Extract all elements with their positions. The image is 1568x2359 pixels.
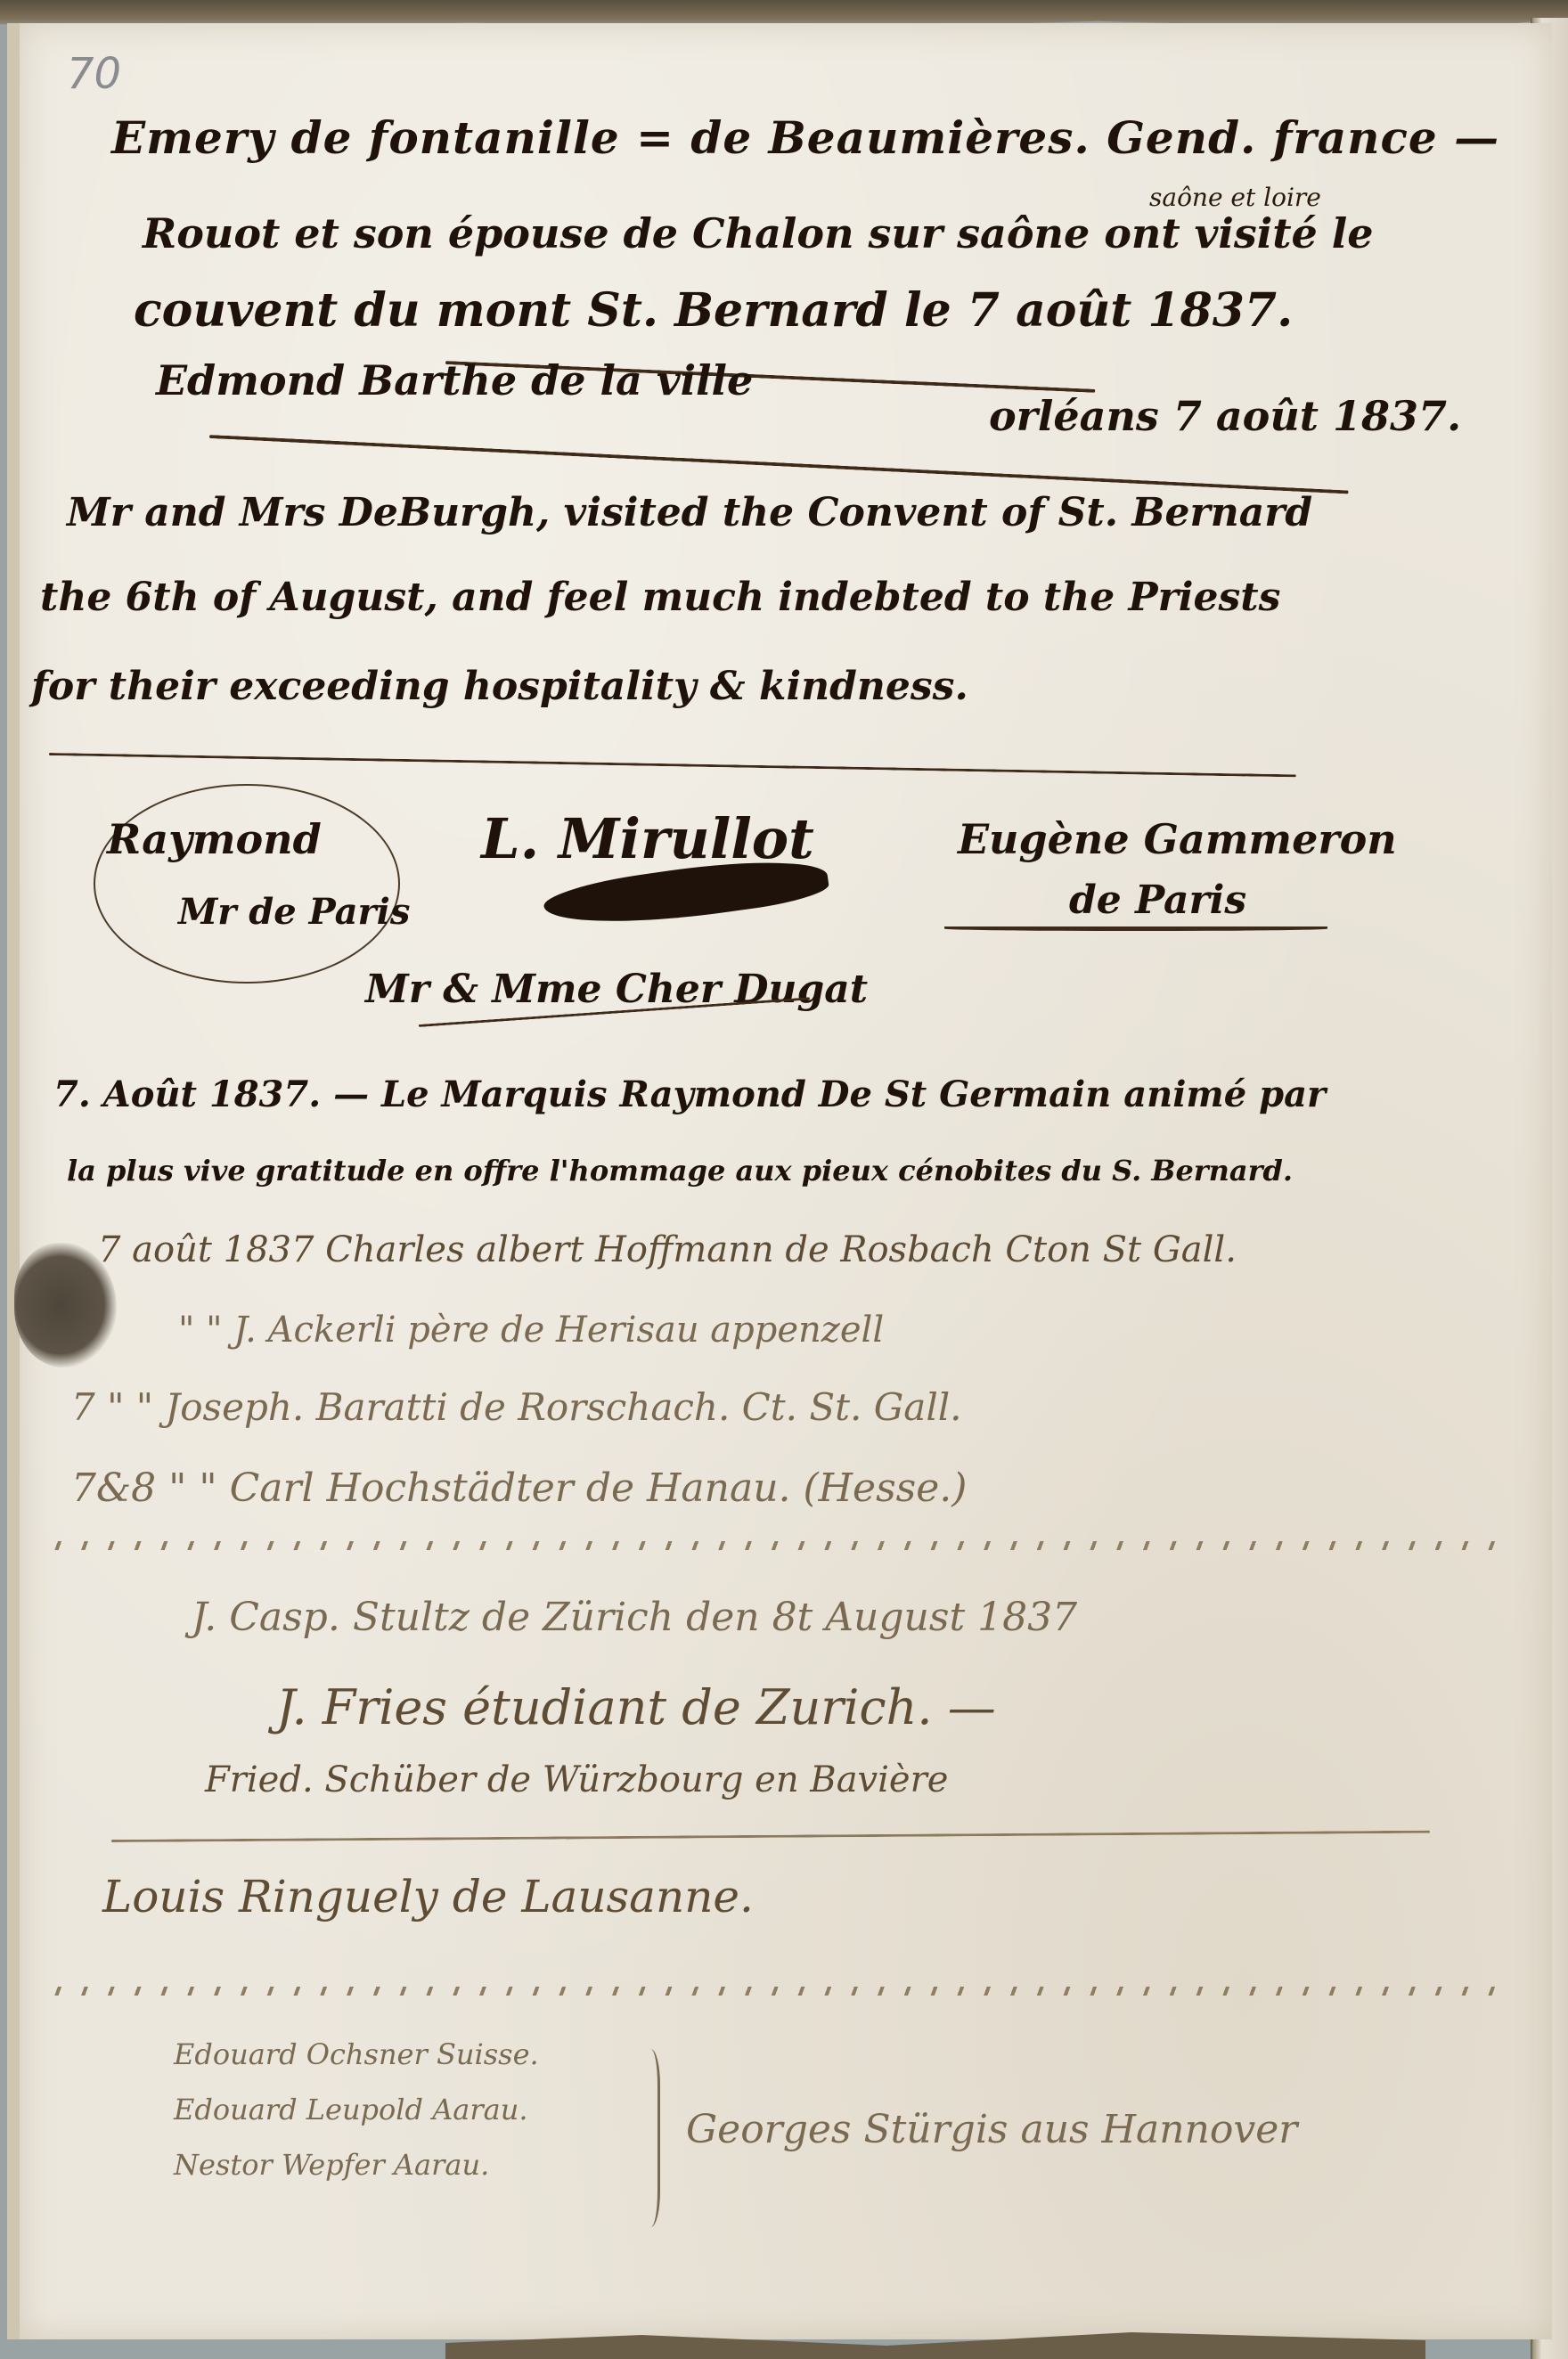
- entry-4-line-1: 7. Août 1837. — Le Marquis Raymond De St…: [53, 1073, 1326, 1115]
- signature-dugat: Mr & Mme Cher Dugat: [365, 967, 868, 1012]
- entry-5-line-3: 7 " " Joseph. Baratti de Rorschach. Ct. …: [71, 1385, 962, 1429]
- wavy-divider: [45, 1541, 1506, 1550]
- entry-1-line-2: Rouot et son épouse de Chalon sur saône …: [143, 209, 1373, 257]
- entry-5-line-2: " " J. Ackerli père de Herisau appenzell: [178, 1310, 884, 1351]
- entry-1-line-3: couvent du mont St. Bernard le 7 août 18…: [134, 283, 1293, 338]
- entry-5-line-4: 7&8 " " Carl Hochstädter de Hanau. (Hess…: [71, 1465, 967, 1511]
- signature-eugene-place: de Paris: [1069, 877, 1246, 923]
- signature-raymond: Raymond: [107, 815, 322, 863]
- signature-underline: [944, 926, 1327, 931]
- entry-1-insert: saône et loire: [1149, 183, 1321, 212]
- entry-3-line-1: Mr and Mrs DeBurgh, visited the Convent …: [67, 490, 1312, 535]
- entry-5-line-1: 7 août 1837 Charles albert Hoffmann de R…: [98, 1229, 1237, 1270]
- entry-8-right: Georges Stürgis aus Hannover: [686, 2107, 1297, 2152]
- entry-2-line-1: Edmond Barthe de la ville: [156, 356, 753, 404]
- folio-number: 70: [67, 49, 121, 99]
- entry-1-line-1: Emery de fontanille = de Beaumières. Gen…: [111, 111, 1499, 164]
- grouping-bracket: [641, 2049, 660, 2227]
- wavy-divider: [45, 1987, 1506, 1996]
- name-row: Nestor Wepfer Aarau.: [174, 2137, 539, 2192]
- entry-8-names: Edouard Ochsner Suisse. Edouard Leupold …: [174, 2027, 539, 2192]
- signature-raymond-place: Mr de Paris: [178, 891, 410, 933]
- entry-7-line-1: Louis Ringuely de Lausanne.: [102, 1871, 754, 1922]
- entry-6-line-3: Fried. Schüber de Würzbourg en Bavière: [205, 1759, 948, 1800]
- entry-6-line-2: J. Fries étudiant de Zurich. —: [276, 1679, 996, 1735]
- entry-3-line-2: the 6th of August, and feel much indebte…: [40, 575, 1280, 620]
- entry-3-line-3: for their exceeding hospitality & kindne…: [31, 664, 968, 709]
- entry-6-line-1: J. Casp. Stultz de Zürich den 8t August …: [192, 1595, 1077, 1640]
- name-row: Edouard Leupold Aarau.: [174, 2082, 539, 2137]
- signature-flourish: [94, 784, 400, 984]
- signature-mirullot: L. Mirullot: [481, 806, 814, 871]
- entry-4-line-2: la plus vive gratitude en offre l'hommag…: [67, 1154, 1293, 1188]
- entry-2-line-2: orléans 7 août 1837.: [989, 392, 1461, 440]
- signature-eugene: Eugène Gammeron: [958, 815, 1397, 863]
- name-row: Edouard Ochsner Suisse.: [174, 2027, 539, 2082]
